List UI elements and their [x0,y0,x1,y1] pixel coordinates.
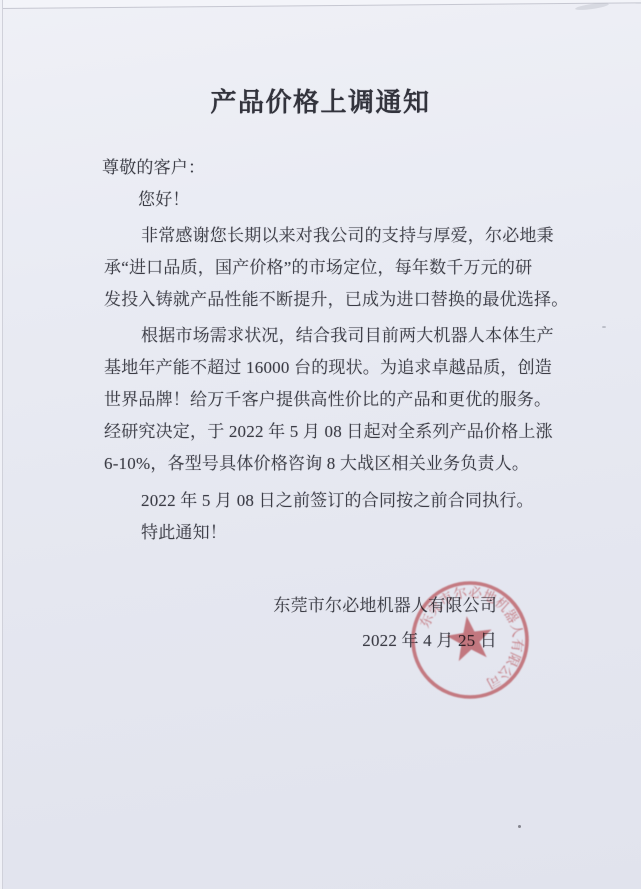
paragraph-line: 6-10%，各型号具体价格咨询 8 大战区相关业务负责人。 [104,448,554,480]
paragraph-3: 2022 年 5 月 08 日之前签订的合同按之前合同执行。 特此通知！ [141,485,534,549]
paragraph-line: 承“进口品质，国产价格”的市场定位，每年数千万元的研 [104,252,568,284]
paper-edge-top [0,0,641,9]
paper-edge-left [0,0,3,889]
paragraph-line: 世界品牌！给万千客户提供高性价比的产品和更优的服务。 [104,384,554,416]
company-seal-stamp: 东莞市尔必地机器人有限公司 [395,565,545,715]
paragraph-line: 2022 年 5 月 08 日之前签订的合同按之前合同执行。 [141,485,534,517]
paragraph-line: 非常感谢您长期以来对我公司的支持与厚爱，尔必地秉 [104,220,568,252]
dust-speck [518,825,521,828]
page-title: 产品价格上调通知 [0,82,641,119]
paragraph-line: 基地年产能不超过 16000 台的现状。为追求卓越品质，创造 [104,352,554,384]
paragraph-1: 非常感谢您长期以来对我公司的支持与厚爱，尔必地秉 承“进口品质，国产价格”的市场… [104,220,568,316]
paragraph-line: 发投入铸就产品性能不断提升，已成为进口替换的最优选择。 [104,284,568,316]
paragraph-line: 特此通知！ [141,517,534,549]
paragraph-line: 根据市场需求状况，结合我司目前两大机器人本体生产 [104,320,554,352]
paragraph-2: 根据市场需求状况，结合我司目前两大机器人本体生产 基地年产能不超过 16000 … [104,320,554,480]
dust-speck [602,326,606,328]
star-icon [444,613,495,662]
salutation-line: 尊敬的客户： [102,152,205,184]
paragraph-line: 经研究决定，于 2022 年 5 月 08 日起对全系列产品价格上涨 [104,416,554,448]
document-page: 产品价格上调通知 尊敬的客户： 您好！ 非常感谢您长期以来对我公司的支持与厚爱，… [0,0,641,889]
greeting-line: 您好！ [138,184,190,216]
